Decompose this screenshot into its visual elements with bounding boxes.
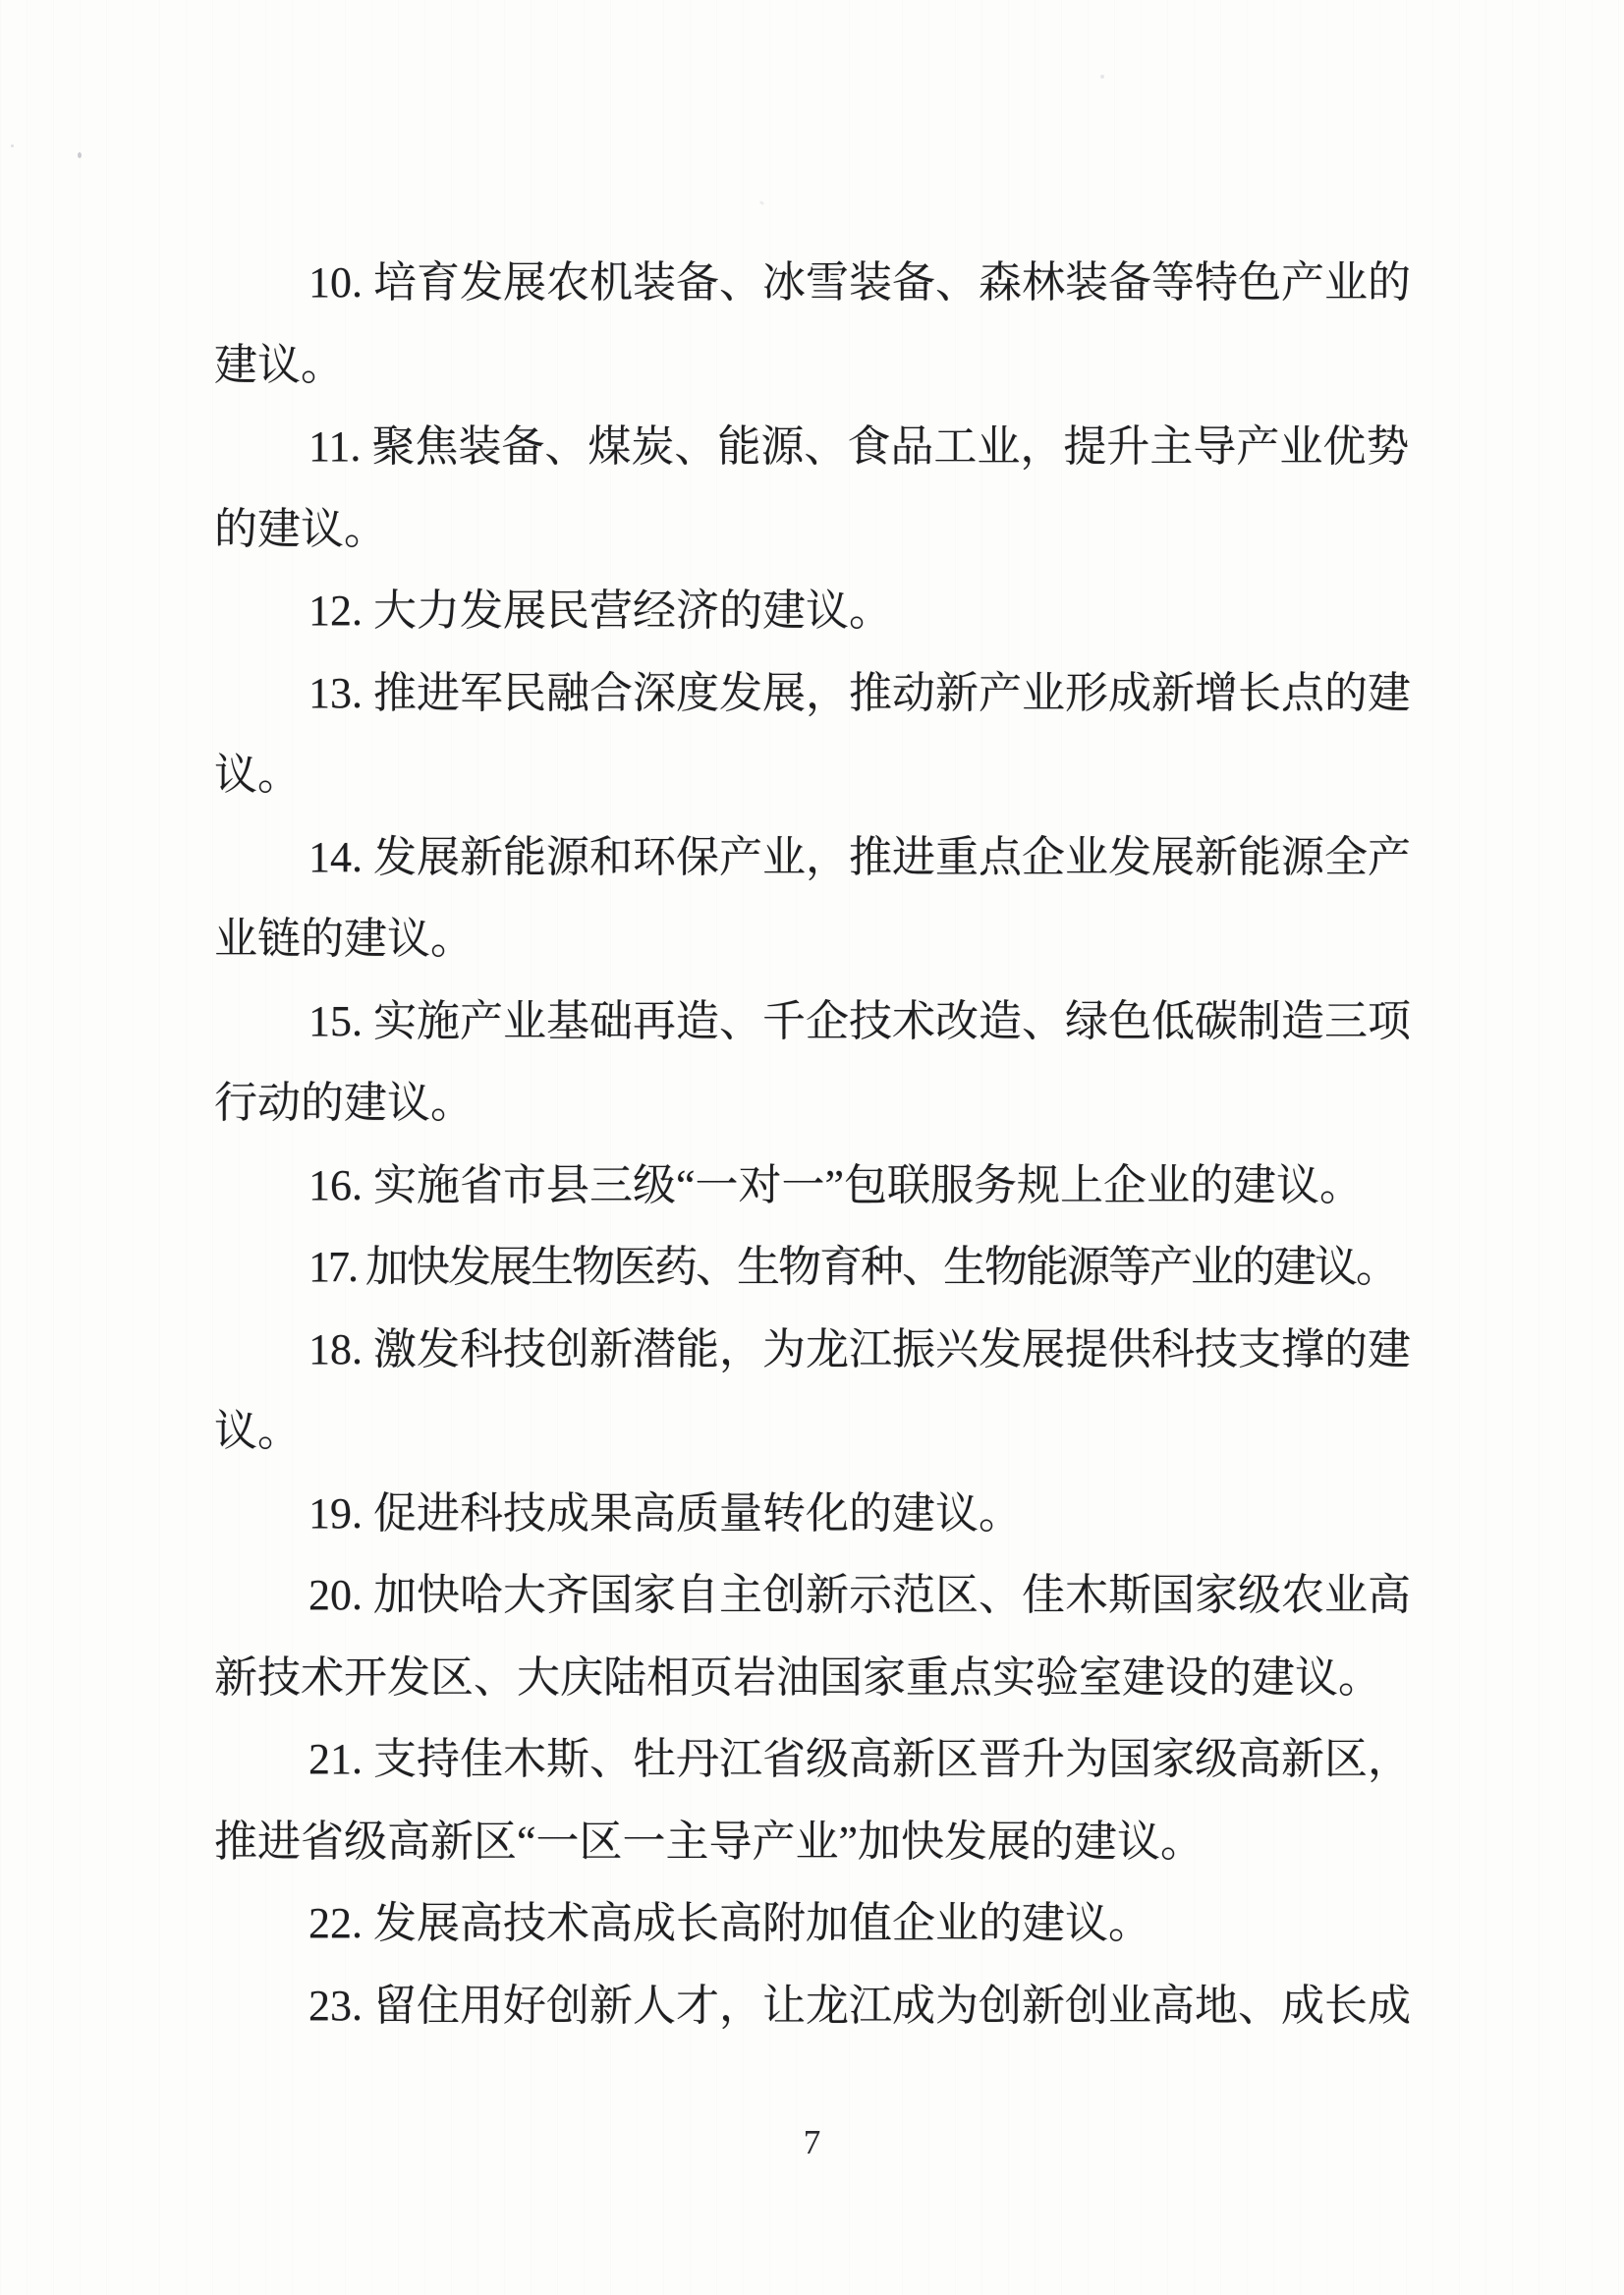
text-line: 12. 大力发展民营经济的建议。 [214,570,1425,652]
text-line: 新技术开发区、大庆陆相页岩油国家重点实验室建设的建议。 [214,1637,1425,1719]
text-line: 的建议。 [214,488,1425,571]
text-line: 18. 激发科技创新潜能，为龙江振兴发展提供科技支撑的建 [214,1309,1425,1391]
text-line: 行动的建议。 [214,1062,1425,1145]
text-line: 议。 [214,734,1425,816]
text-line: 14. 发展新能源和环保产业，推进重点企业发展新能源全产 [214,816,1425,899]
text-line: 21. 支持佳木斯、牡丹江省级高新区晋升为国家级高新区， [214,1718,1425,1801]
text-line: 22. 发展高技术高成长高附加值企业的建议。 [214,1882,1425,1965]
text-line: 19. 促进科技成果高质量转化的建议。 [214,1473,1425,1555]
scan-speck [759,200,765,205]
text-line: 20. 加快哈大齐国家自主创新示范区、佳木斯国家级农业高 [214,1554,1425,1637]
document-page: 10. 培育发展农机装备、冰雪装备、森林装备等特色产业的 建议。 11. 聚焦装… [0,0,1624,2295]
text-line: 业链的建议。 [214,898,1425,980]
text-line: 议。 [214,1390,1425,1473]
text-line: 23. 留住用好创新人才，让龙江成为创新创业高地、成长成 [214,1965,1425,2047]
page-number: 7 [0,2122,1624,2163]
scan-speck [11,144,14,147]
document-body: 10. 培育发展农机装备、冰雪装备、森林装备等特色产业的 建议。 11. 聚焦装… [214,242,1425,2046]
text-line: 17. 加快发展生物医药、生物育种、生物能源等产业的建议。 [214,1226,1425,1309]
text-line: 16. 实施省市县三级“一对一”包联服务规上企业的建议。 [214,1145,1425,1227]
text-line: 13. 推进军民融合深度发展，推动新产业形成新增长点的建 [214,652,1425,735]
text-line: 15. 实施产业基础再造、千企技术改造、绿色低碳制造三项 [214,980,1425,1063]
text-line: 建议。 [214,324,1425,407]
text-line: 推进省级高新区“一区一主导产业”加快发展的建议。 [214,1801,1425,1883]
text-line: 11. 聚焦装备、煤炭、能源、食品工业，提升主导产业优势 [214,406,1425,488]
scan-speck [78,152,82,158]
text-line: 10. 培育发展农机装备、冰雪装备、森林装备等特色产业的 [214,242,1425,324]
scan-speck [1100,75,1104,79]
